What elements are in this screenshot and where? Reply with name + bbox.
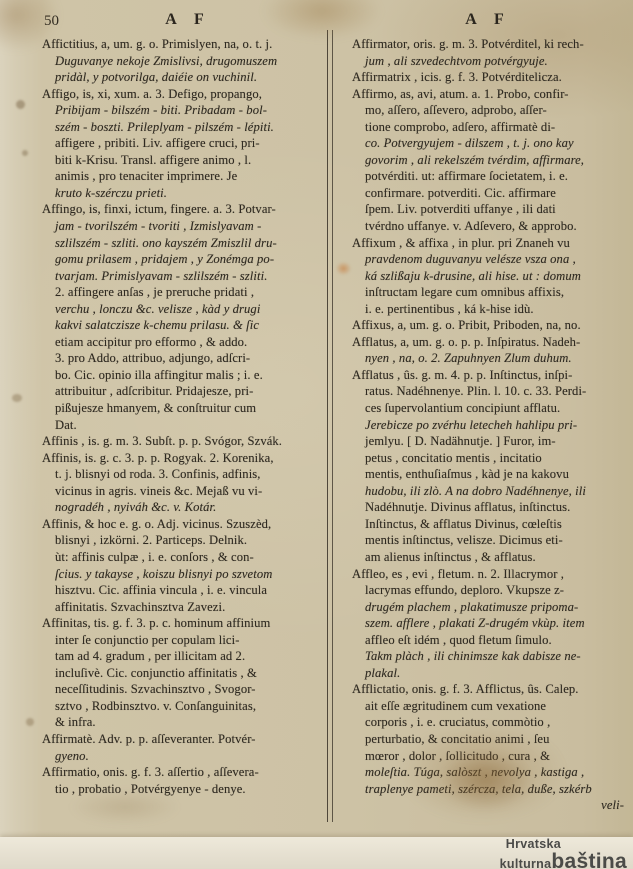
text-line: attribuitur , adſcribitur. Pridajesze, p… bbox=[42, 383, 334, 400]
text-line: Affinis, & hoc e. g. o. Adj. vicinus. Sz… bbox=[42, 516, 334, 533]
text-line: mentis, enthuſiaſmus , kàd je na kakovu bbox=[352, 466, 630, 483]
page-number: 50 bbox=[44, 13, 59, 30]
text-line: t. j. blisnyi od roda. 3. Confinis, adfi… bbox=[42, 466, 334, 483]
text-line: etiam accipitur pro efformo , & addo. bbox=[42, 334, 334, 351]
text-line: Affirmatrix , icis. g. f. 3. Potvérditel… bbox=[352, 69, 630, 86]
text-line: Afflatus , ûs. g. m. 4. p. p. Inſtinctus… bbox=[352, 367, 630, 384]
scanned-dictionary-page: { "page": { "page_number": "50", "header… bbox=[0, 0, 633, 869]
text-line: Affirmatè. Adv. p. p. aſſeveranter. Potv… bbox=[42, 731, 334, 748]
text-line: blisnyi , izkörni. 2. Particeps. Delnik. bbox=[42, 532, 334, 549]
paper-stain-top-center bbox=[262, 0, 382, 40]
text-line: szlilszém - szliti. ono kayszém Zmiszlil… bbox=[42, 235, 334, 252]
text-line: corporis , i. e. cruciatus, commòtio , bbox=[352, 714, 630, 731]
right-text-column: Affirmator, oris. g. m. 3. Potvérditel, … bbox=[352, 36, 630, 814]
text-line: Affinis, is. g. c. 3. p. p. Rogyak. 2. K… bbox=[42, 450, 334, 467]
text-line: co. Potvergyujem - dilszem , t. j. ono k… bbox=[352, 135, 630, 152]
text-line: potvérditi. ut: affirmare ſocietatem, i.… bbox=[352, 168, 630, 185]
text-line: affigere , pribiti. Liv. affigere cruci,… bbox=[42, 135, 334, 152]
text-line: ká szlißaju k-drusine, ali hise. ut : do… bbox=[352, 268, 630, 285]
text-line: tione comprobo, adſero, affirmatè di- bbox=[352, 119, 630, 136]
watermark-line1: Hrvatska bbox=[500, 839, 561, 850]
text-line: szém - boszti. Prileplyam - pilszém - lé… bbox=[42, 119, 334, 136]
text-line: Affictitius, a, um. g. o. Primislyen, na… bbox=[42, 36, 334, 53]
text-line: incluſivè. Cic. conjunctio affinitatis ,… bbox=[42, 665, 334, 682]
text-line: i. e. pertinentibus , ká k-hise idù. bbox=[352, 301, 630, 318]
foxing-spot bbox=[336, 262, 351, 275]
text-line: Duguvanye nekoje Zmislivsi, drugomuszem bbox=[42, 53, 334, 70]
text-line: biti k-Krisu. Transl. affigere animo , l… bbox=[42, 152, 334, 169]
text-line: kruto k-szérczu prieti. bbox=[42, 185, 334, 202]
text-line: Affigo, is, xi, xum. a. 3. Defigo, propa… bbox=[42, 86, 334, 103]
foxing-spot bbox=[16, 100, 25, 109]
text-line: confirmare. potverditi. Cic. affirmare bbox=[352, 185, 630, 202]
text-line: 3. pro Addo, attribuo, adjungo, adſcri- bbox=[42, 350, 334, 367]
text-line: ſcius. y takayse , koiszu blisnyi po szv… bbox=[42, 566, 334, 583]
text-line: Affinis , is. g. m. 3. Subſt. p. p. Svóg… bbox=[42, 433, 334, 450]
left-text-column: Affictitius, a, um. g. o. Primislyen, na… bbox=[42, 36, 334, 797]
text-line: nogradéh , nyiváh &c. v. Kotár. bbox=[42, 499, 334, 516]
text-line: moleſtia. Túga, salòszt , nevolya , kast… bbox=[352, 764, 630, 781]
text-line: veli- bbox=[352, 797, 630, 814]
column-header-left: A F bbox=[148, 11, 228, 29]
text-line: hisztvu. Cic. affinia vincula , i. e. vi… bbox=[42, 582, 334, 599]
text-line: pißujesze hmanyem, & conſtruitur cum bbox=[42, 400, 334, 417]
text-line: govorim , ali rekelszém tvérdim, affirma… bbox=[352, 152, 630, 169]
text-line: ces ſupervolantium concipiunt afflatu. bbox=[352, 400, 630, 417]
watermark-line2-small: kulturna bbox=[500, 857, 552, 869]
text-line: Afflatus, a, um. g. o. p. p. Inſpiratus.… bbox=[352, 334, 630, 351]
text-line: tio , probatio , Potvérgyenye - denye. bbox=[42, 781, 334, 798]
text-line: pridàl, y potvorilga, daiéie on vuchinil… bbox=[42, 69, 334, 86]
text-line: Jerebicze po zvérhu letecheh hahlipu pri… bbox=[352, 417, 630, 434]
text-line: affleo eſt idém , quod fletum ſimulo. bbox=[352, 632, 630, 649]
text-line: animis , pro tenaciter imprimere. Je bbox=[42, 168, 334, 185]
text-line: affinitatis. Szvachinsztva Zavezi. bbox=[42, 599, 334, 616]
text-line: & infra. bbox=[42, 714, 334, 731]
column-header-right: A F bbox=[448, 11, 528, 29]
text-line: Takm plàch , ili chinimsze kak dabisze n… bbox=[352, 648, 630, 665]
text-line: tvérdno uffanye. v. Adſevero, & approbo. bbox=[352, 218, 630, 235]
text-line: inſtructam legare cum omnibus affixis, bbox=[352, 284, 630, 301]
text-line: tam ad 4. gradum , per illicitam ad 2. bbox=[42, 648, 334, 665]
text-line: jemlyu. [ D. Nadähnutje. ] Furor, im- bbox=[352, 433, 630, 450]
text-line: pravdenom duguvanyu velésze vsza ona , bbox=[352, 251, 630, 268]
text-line: 2. affingere anſas , je preruche pridati… bbox=[42, 284, 334, 301]
text-line: perturbatio, & concitatio animi , ſeu bbox=[352, 731, 630, 748]
foxing-spot bbox=[22, 150, 28, 156]
text-line: bo. Cic. opinio illa affingitur malis ; … bbox=[42, 367, 334, 384]
text-line: tvarjam. Primislyavam - szlilszém - szli… bbox=[42, 268, 334, 285]
text-line: inter ſe conjunctio per copulam lici- bbox=[42, 632, 334, 649]
text-line: Affixus, a, um. g. o. Pribit, Priboden, … bbox=[352, 317, 630, 334]
text-line: ſpem. Liv. potverditi uffanye , ili dati bbox=[352, 201, 630, 218]
foxing-spot bbox=[12, 394, 22, 402]
text-line: lacrymas effundo, deploro. Vkupsze z- bbox=[352, 582, 630, 599]
text-line: plakal. bbox=[352, 665, 630, 682]
text-line: Affirmator, oris. g. m. 3. Potvérditel, … bbox=[352, 36, 630, 53]
text-line: mœror , dolor , ſollicitudo , cura , & bbox=[352, 748, 630, 765]
text-line: szem. afflere , plakati Z-drugém vkùp. i… bbox=[352, 615, 630, 632]
text-line: neceſſitudinis. Szvachinsztvo , Svogor- bbox=[42, 681, 334, 698]
text-line: gomu prilasem , pridajem , y Zonémga po- bbox=[42, 251, 334, 268]
heritage-watermark: Hrvatska kulturnabaština bbox=[500, 839, 627, 869]
text-line: Affirmatio, onis. g. f. 3. aſſertio , aſ… bbox=[42, 764, 334, 781]
text-line: Affirmo, as, avi, atum. a. 1. Probo, con… bbox=[352, 86, 630, 103]
text-line: ratus. Nadéhnenye. Plin. l. 10. c. 33. P… bbox=[352, 383, 630, 400]
foxing-spot bbox=[26, 718, 34, 726]
text-line: Affixum , & affixa , in plur. pri Znaneh… bbox=[352, 235, 630, 252]
text-line: Affinitas, tis. g. f. 3. p. c. hominum a… bbox=[42, 615, 334, 632]
text-line: traplenye pameti, szércza, tela, duße, s… bbox=[352, 781, 630, 798]
text-line: nyen , na, o. 2. Zapuhnyen Zlum duhum. bbox=[352, 350, 630, 367]
text-line: sztvo , Rodbinsztvo. v. Conſanguinitas, bbox=[42, 698, 334, 715]
text-line: am alienus inſtinctus , & afflatus. bbox=[352, 549, 630, 566]
text-line: mentis inſtinctus, velisze. Dicimus eti- bbox=[352, 532, 630, 549]
text-line: Nadéhnutje. Divinus afflatus, inſtinctus… bbox=[352, 499, 630, 516]
text-line: Afflictatio, onis. g. f. 3. Afflictus, û… bbox=[352, 681, 630, 698]
text-line: drugém plachem , plakatimusze pripoma- bbox=[352, 599, 630, 616]
text-line: jam - tvorilszém - tvoriti , Izmislyavam… bbox=[42, 218, 334, 235]
text-line: Inſtinctus, & afflatus Divinus, cœleſtis bbox=[352, 516, 630, 533]
text-line: mo, aſſero, aſſevero, adprobo, aſſer- bbox=[352, 102, 630, 119]
text-line: hudobu, ili zlò. A na dobro Nadéhnenye, … bbox=[352, 483, 630, 500]
text-line: ùt: affinis culpæ , i. e. conſors , & co… bbox=[42, 549, 334, 566]
watermark-strip: Hrvatska kulturnabaština bbox=[0, 837, 633, 869]
text-line: gyeno. bbox=[42, 748, 334, 765]
text-line: Dat. bbox=[42, 417, 334, 434]
text-line: kakvi salatczisze k-chemu prilasu. & ſic bbox=[42, 317, 334, 334]
text-line: jum , ali szvedechtvom potvérgyuje. bbox=[352, 53, 630, 70]
watermark-line2-large: baština bbox=[551, 850, 627, 869]
text-line: vicinus in agris. vineis &c. Mejaß vu vi… bbox=[42, 483, 334, 500]
text-line: Affingo, is, finxi, ictum, fingere. a. 3… bbox=[42, 201, 334, 218]
text-line: Affleo, es , evi , fletum. n. 2. Illacry… bbox=[352, 566, 630, 583]
text-line: verchu , lonczu &c. velisze , kàd y drug… bbox=[42, 301, 334, 318]
text-line: Pribijam - bilszém - biti. Pribadam - bo… bbox=[42, 102, 334, 119]
text-line: petus , concitatio mentis , incitatio bbox=[352, 450, 630, 467]
text-line: ait eſſe ægritudinem cum vexatione bbox=[352, 698, 630, 715]
